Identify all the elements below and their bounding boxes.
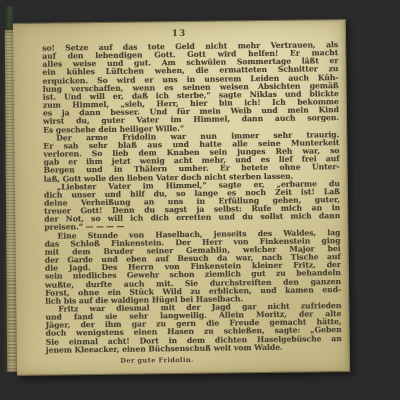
book-photo: 13 so! Setze auf das tote Geld nicht meh… xyxy=(0,0,400,400)
book-page: 13 so! Setze auf das tote Geld nicht meh… xyxy=(13,19,350,376)
footer-signature: Der gute Fridolin. xyxy=(0,354,323,366)
text-line: jenem Kleeacker, einen Büchsenschuß weit… xyxy=(46,343,342,355)
page-number: 13 xyxy=(13,27,345,41)
text-lines: so! Setze auf das tote Geld nicht mehr V… xyxy=(42,41,342,355)
